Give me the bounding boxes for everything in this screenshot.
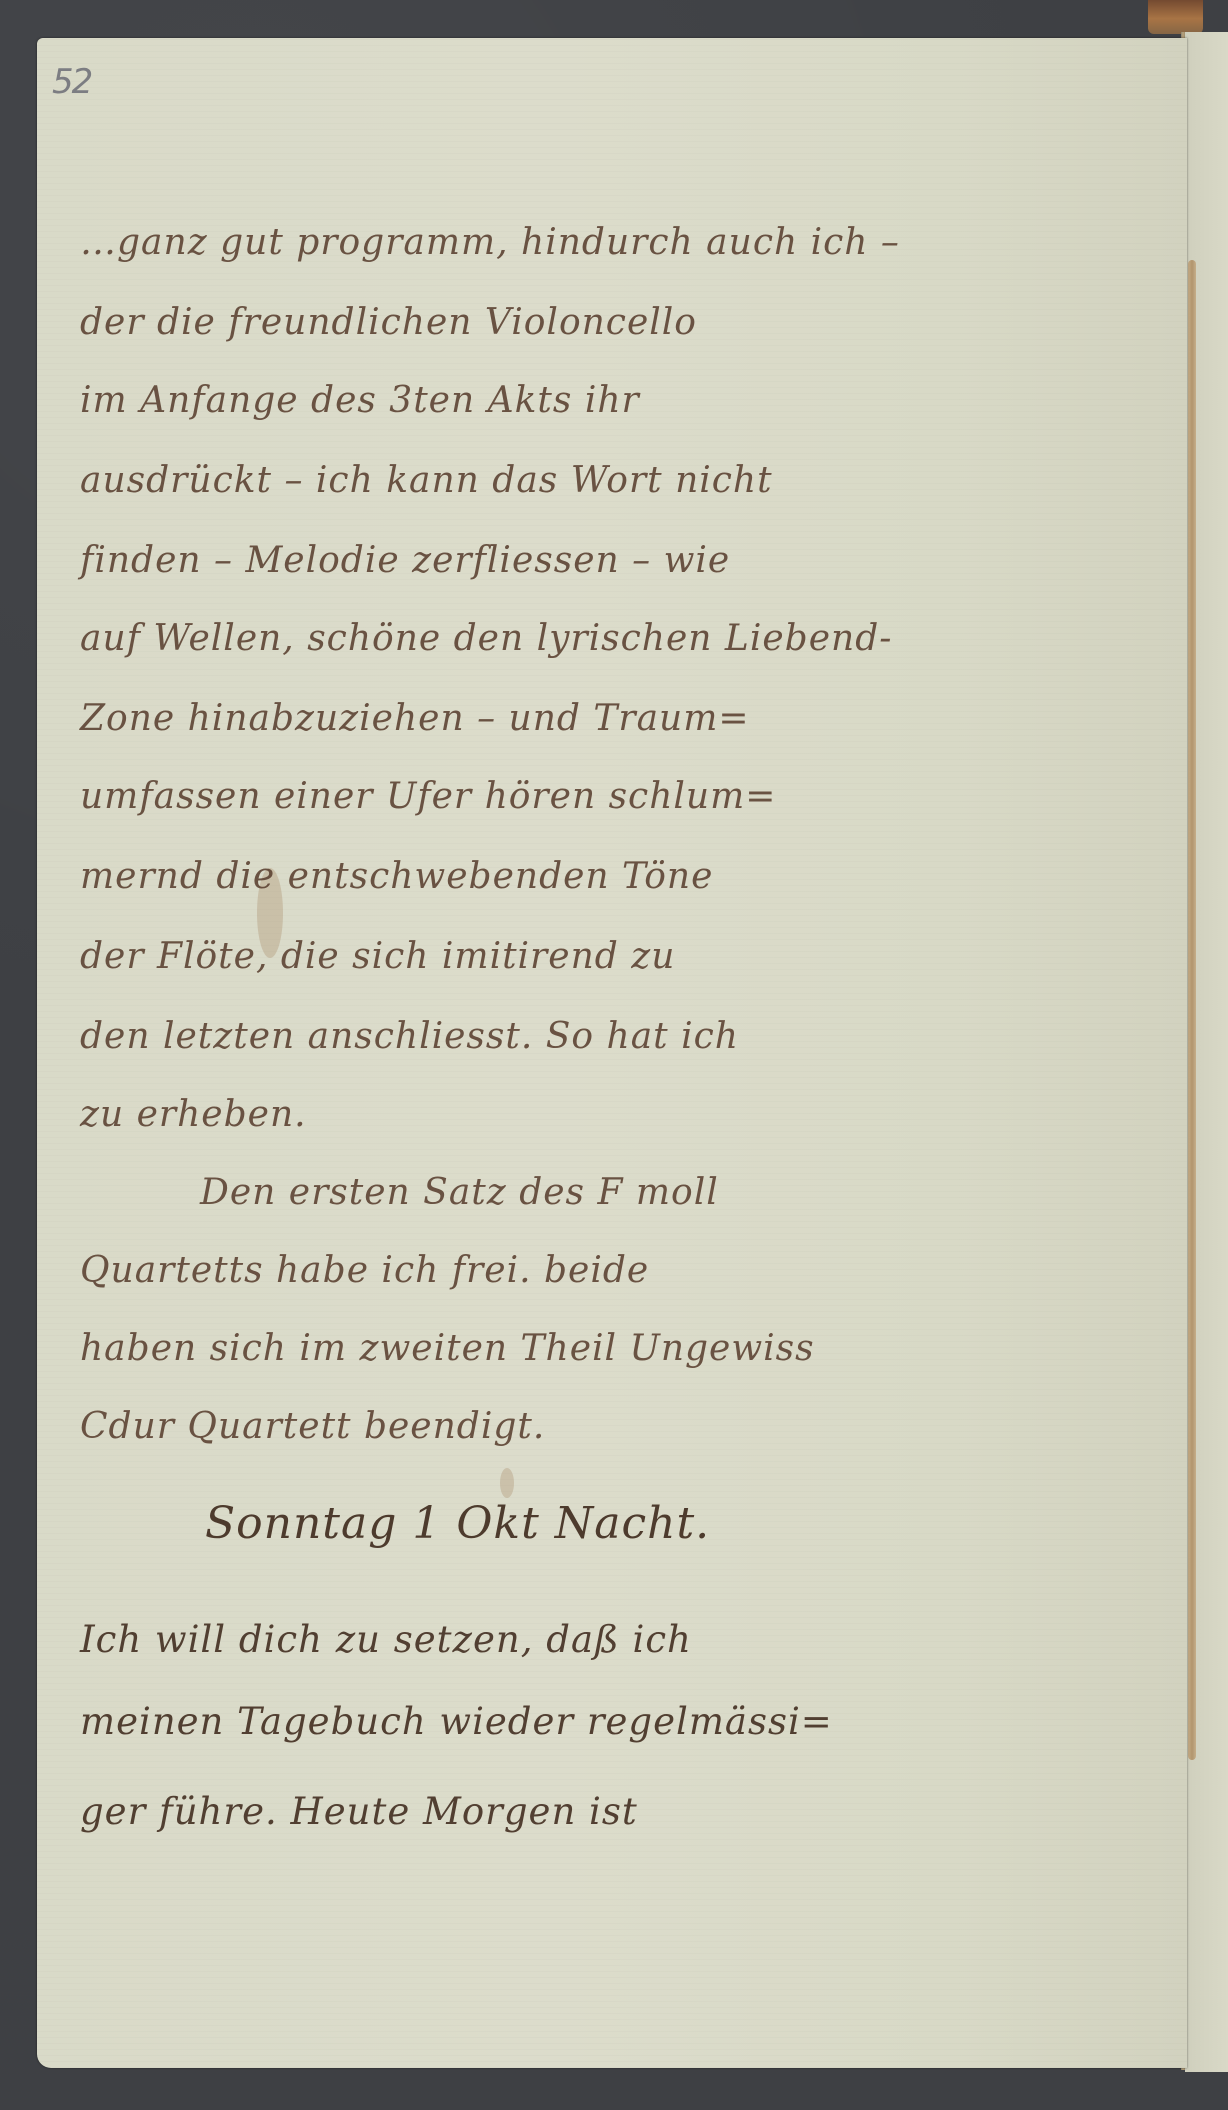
manuscript-line-12: zu erheben. xyxy=(80,1094,307,1135)
binding-strip xyxy=(1188,260,1196,1760)
manuscript-line-13: Den ersten Satz des F moll xyxy=(200,1172,719,1213)
manuscript-line-16: Cdur Quartett beendigt. xyxy=(80,1406,545,1447)
manuscript-line-3: im Anfange des 3ten Akts ihr xyxy=(80,380,640,421)
manuscript-line-5: finden – Melodie zerfliessen – wie xyxy=(80,540,730,581)
manuscript-line-4: ausdrückt – ich kann das Wort nicht xyxy=(80,460,773,501)
manuscript-line-14: Quartetts habe ich frei. beide xyxy=(80,1250,649,1291)
manuscript-line-19: meinen Tagebuch wieder regelmässi= xyxy=(80,1700,833,1743)
manuscript-line-9: mernd die entschwebenden Töne xyxy=(80,856,713,897)
manuscript-line-1: …ganz gut programm, hindurch auch ich – xyxy=(80,222,900,263)
date-heading: Sonntag 1 Okt Nacht. xyxy=(205,1498,710,1549)
manuscript-line-20: ger führe. Heute Morgen ist xyxy=(80,1790,638,1833)
manuscript-line-8: umfassen einer Ufer hören schlum= xyxy=(80,776,776,817)
ink-stain xyxy=(500,1468,514,1498)
manuscript-line-15: haben sich im zweiten Theil Ungewiss xyxy=(80,1328,815,1369)
manuscript-line-11: den letzten anschliesst. So hat ich xyxy=(80,1016,739,1057)
manuscript-line-6: auf Wellen, schöne den lyrischen Liebend… xyxy=(80,618,892,659)
manuscript-line-2: der die freundlichen Violoncello xyxy=(80,302,697,343)
manuscript-line-18: Ich will dich zu setzen, daß ich xyxy=(80,1618,692,1661)
book-binding-top xyxy=(1148,0,1203,34)
manuscript-line-10: der Flöte, die sich imitirend zu xyxy=(80,936,675,977)
folio-number: 52 xyxy=(52,62,91,102)
manuscript-line-7: Zone hinabzuziehen – und Traum= xyxy=(80,698,750,739)
